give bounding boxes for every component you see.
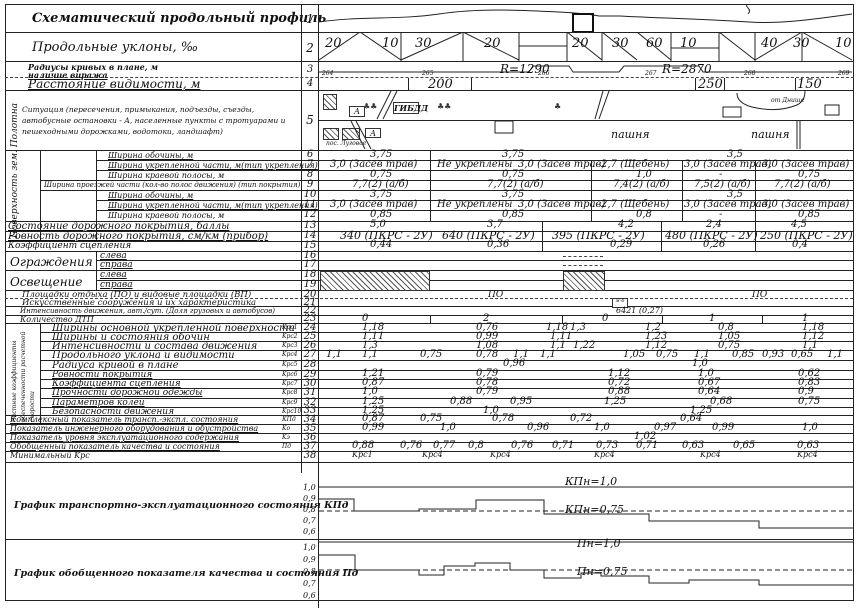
tick: 0,6	[303, 526, 316, 537]
cell: 0,75	[420, 349, 442, 360]
segment-divider	[430, 150, 431, 221]
slope-value: 30	[612, 36, 629, 51]
rest-area: ПО	[752, 290, 767, 300]
cell: 1,1	[362, 349, 378, 360]
cell: 7,4(2) (а/б)	[613, 179, 669, 190]
curve-radii	[319, 62, 853, 77]
cell: 0,95	[510, 396, 532, 407]
frame-right	[853, 4, 854, 600]
row-sep	[40, 370, 853, 371]
symbol: Kрс7	[282, 380, 298, 387]
cell: 0,79	[476, 386, 498, 397]
svg-text:♣♣: ♣♣	[437, 102, 451, 111]
cell: 0,72	[570, 413, 592, 424]
cell: 0,78	[492, 413, 514, 424]
cell: 0,4	[792, 239, 808, 250]
svg-text:♣♣: ♣♣	[363, 102, 377, 111]
cell: 1,0	[802, 422, 818, 433]
symbol: Kрс3	[282, 342, 298, 349]
cell: 0,85	[502, 209, 524, 220]
row22-label: Интенсивность движения, авт./сут. (Доля …	[20, 307, 275, 315]
cell: 1,1	[827, 349, 843, 360]
row12-label: Ширина краевой полосы, м	[108, 211, 224, 220]
svg-text:♣: ♣	[554, 102, 561, 111]
row4-label: Расстояние видимости, м	[28, 77, 200, 91]
picket: 268	[744, 70, 755, 77]
cell: 1,0	[594, 422, 610, 433]
row37-label: Обобщенный показатель качества и состоян…	[10, 442, 220, 451]
tick: 0,8	[303, 566, 316, 578]
graph1-title: График транспортно-эксплуатационного сос…	[14, 500, 348, 511]
row-sep	[96, 280, 853, 281]
row-number: 12	[302, 210, 318, 220]
graph2-norm-label: Пн=1,0	[577, 537, 621, 550]
vis-divider	[408, 78, 409, 90]
graph1-norm-label: КПн=1,0	[565, 475, 617, 488]
graph1-min-label: КПн=0,75	[565, 503, 624, 516]
village-name: от Днище	[771, 97, 804, 104]
cell: 0,99	[362, 422, 384, 433]
row-sep	[40, 407, 853, 408]
row7-label: Ширина укрепленной части, м(тип укреплен…	[108, 161, 318, 170]
cell: 3,0 (Засев трав)	[518, 159, 605, 170]
lighting-segment	[320, 271, 430, 291]
cell: 0,8	[636, 209, 652, 220]
slope-value: 10	[382, 36, 399, 51]
row10-label: Ширина обочины, м	[108, 191, 193, 200]
cell: 0,36	[487, 239, 509, 250]
cell: 3,0 (Засев трав)	[684, 199, 771, 210]
row4-number: 4	[302, 79, 318, 89]
row-sep	[40, 388, 853, 389]
field-label: пашня	[751, 128, 790, 141]
row2-number: 2	[302, 43, 318, 53]
cell: 0,71	[552, 440, 574, 451]
graph2-min-label: Пн=0,75	[577, 565, 628, 578]
symbol: Kрс2	[282, 333, 298, 340]
symbol: Kрс6	[282, 371, 298, 378]
row-sep	[96, 260, 853, 261]
tick: 0,7	[303, 515, 316, 526]
vis-divider	[695, 78, 696, 90]
cell: 0,96	[503, 358, 525, 369]
cell: 3,0 (Засев трав)	[518, 199, 605, 210]
cell: 0,44	[370, 239, 392, 250]
cell: 3,0 (Засев трав)	[684, 159, 771, 170]
cell: 1	[709, 313, 715, 324]
slope-value: 10	[835, 36, 852, 51]
cell: 0,71	[636, 440, 658, 451]
cell: 0,65	[791, 349, 813, 360]
row9-label: Ширина проезжей части (кол-во полос движ…	[44, 181, 300, 189]
slope-value: 20	[572, 36, 589, 51]
visibility-value: 150	[797, 77, 822, 92]
cell: 1,1	[326, 349, 342, 360]
tick: 1,0	[303, 542, 316, 554]
fence-left	[563, 256, 603, 257]
tick: 0,8	[303, 504, 316, 515]
tick: 0,9	[303, 554, 316, 566]
group-label-speed-coefficients: Частные коэффициенты обеспеченности расч…	[10, 322, 37, 422]
cell: 1,1	[540, 349, 556, 360]
cell: 0,26	[703, 239, 725, 250]
cell: 0,75	[798, 396, 820, 407]
picket: 267	[645, 70, 656, 77]
row6-label: Ширина обочины, м	[108, 151, 193, 160]
row-sep	[40, 360, 853, 361]
slope-value: 30	[793, 36, 810, 51]
lighting-label: Освещение	[10, 275, 83, 289]
cell: 1,3	[570, 322, 586, 333]
cell: 0,93	[762, 349, 784, 360]
row1-label: Схематический продольный профиль	[32, 11, 326, 26]
slope-value: 20	[325, 36, 342, 51]
symbol: Kрс1	[282, 324, 298, 331]
symbol: Kрс8	[282, 389, 298, 396]
vis-divider	[795, 78, 796, 90]
row-sep	[40, 379, 853, 380]
traffic-intensity: 6421 (0,27)	[616, 306, 663, 315]
cell: 1,22	[573, 340, 595, 351]
tick: 0,9	[303, 493, 316, 504]
fence-right	[563, 265, 603, 266]
profile-sketch	[319, 4, 853, 32]
picket: 264	[322, 70, 333, 77]
cell: 0,64	[680, 413, 702, 424]
picket: 265	[422, 70, 433, 77]
row18-label: слева	[100, 270, 127, 280]
symbol: Kрс4	[282, 351, 298, 358]
segment-divider	[762, 315, 763, 323]
vis-divider	[471, 78, 472, 90]
cell: 0,88	[450, 396, 472, 407]
row35-label: Показатель инженерного оборудования и об…	[10, 424, 258, 433]
segment-divider	[542, 221, 543, 251]
cell: 0,8	[468, 440, 484, 451]
picket: 269	[838, 70, 849, 77]
cell: 0,68	[710, 396, 732, 407]
symbol: Kрс10	[282, 408, 301, 415]
cell: 0,75	[656, 349, 678, 360]
row-sep	[5, 251, 853, 252]
symbol: Kрс9	[282, 399, 298, 406]
slope-value: 20	[484, 36, 501, 51]
cell: 1,25	[604, 396, 626, 407]
slope-value: 60	[646, 36, 663, 51]
slope-value: 40	[761, 36, 778, 51]
visibility-value: 250	[698, 77, 723, 92]
row-sep	[5, 433, 853, 434]
cell: Kрс1	[352, 450, 373, 459]
cell: 0,65	[733, 440, 755, 451]
row19-label: справа	[100, 280, 133, 290]
row11-label: Ширина укрепленной части, м(тип укреплен…	[108, 201, 318, 210]
row2-label: Продольные уклоны, ‰	[32, 40, 198, 55]
cell: 0,78	[476, 349, 498, 360]
field-label: пашня	[611, 128, 650, 141]
row-sep	[5, 315, 853, 316]
slope-value: 30	[415, 36, 432, 51]
tick: 1,0	[303, 482, 316, 493]
cell: Kрс4	[490, 450, 511, 459]
cell: 1,0	[440, 422, 456, 433]
symbol: Kрс5	[282, 361, 298, 368]
visibility-value: 200	[428, 77, 453, 92]
slope-value: 10	[680, 36, 697, 51]
cell: 0,96	[527, 422, 549, 433]
row15-label: Коэффициент сцепления	[8, 241, 131, 251]
tick: 0,6	[303, 590, 316, 602]
segment-divider	[662, 315, 663, 323]
row1-number: 1	[302, 14, 318, 24]
group-divider	[96, 251, 97, 290]
segment-divider	[430, 315, 431, 323]
symbol: КПд	[282, 416, 296, 423]
cell: 7,7(2) (а/б)	[774, 179, 830, 190]
cell: Kрс4	[594, 450, 615, 459]
row31-label: Прочности дорожной одежды	[52, 388, 202, 398]
cell: 0,76	[400, 440, 422, 451]
row5-number: 5	[302, 115, 318, 125]
row38-label: Минимальный Kрс	[10, 451, 90, 460]
cell: 0,99	[712, 422, 734, 433]
group-divider	[40, 323, 41, 424]
row3-number: 3	[302, 65, 318, 75]
row17-label: справа	[100, 260, 133, 270]
graph2-y-axis: 1,0 0,9 0,8 0,7 0,6	[303, 542, 316, 602]
row-sep	[5, 442, 853, 443]
fencing-label: Ограждения	[10, 255, 93, 269]
frame-left	[5, 4, 6, 600]
graph1-y-axis: 1,0 0,9 0,8 0,7 0,6	[303, 482, 316, 537]
cell: Kрс4	[700, 450, 721, 459]
cell: 0,76	[511, 440, 533, 451]
cell: 0,85	[732, 349, 754, 360]
vis-divider	[724, 78, 725, 90]
row36-label: Показатель уровня эксплуатационного соде…	[10, 433, 239, 442]
lighting-segment	[563, 271, 605, 291]
cell: 1,05	[623, 349, 645, 360]
symbol: Kо	[282, 425, 290, 432]
cell: Kрс4	[797, 450, 818, 459]
row5-label: Ситуация (пересечения, примыкания, подъе…	[22, 104, 297, 137]
rest-area: ПО	[488, 290, 503, 300]
tick: 0,7	[303, 578, 316, 590]
cell: 0,75	[420, 413, 442, 424]
picket: 266	[538, 70, 549, 77]
symbol: Пд	[282, 443, 291, 450]
segment-divider	[682, 160, 683, 221]
row-number: 38	[302, 451, 318, 461]
row8-label: Ширина краевой полосы, м	[108, 171, 224, 180]
symbol: Kэ	[282, 434, 290, 441]
cell: 0	[602, 313, 608, 324]
cell: 0,97	[654, 422, 676, 433]
row34-label: Комплексный показатель трансп.-экспл. со…	[10, 415, 238, 424]
cell: 0,29	[610, 239, 632, 250]
curve-radius-2: R=2870	[662, 62, 712, 76]
segment-divider	[661, 221, 662, 251]
cell: Kрс4	[422, 450, 443, 459]
